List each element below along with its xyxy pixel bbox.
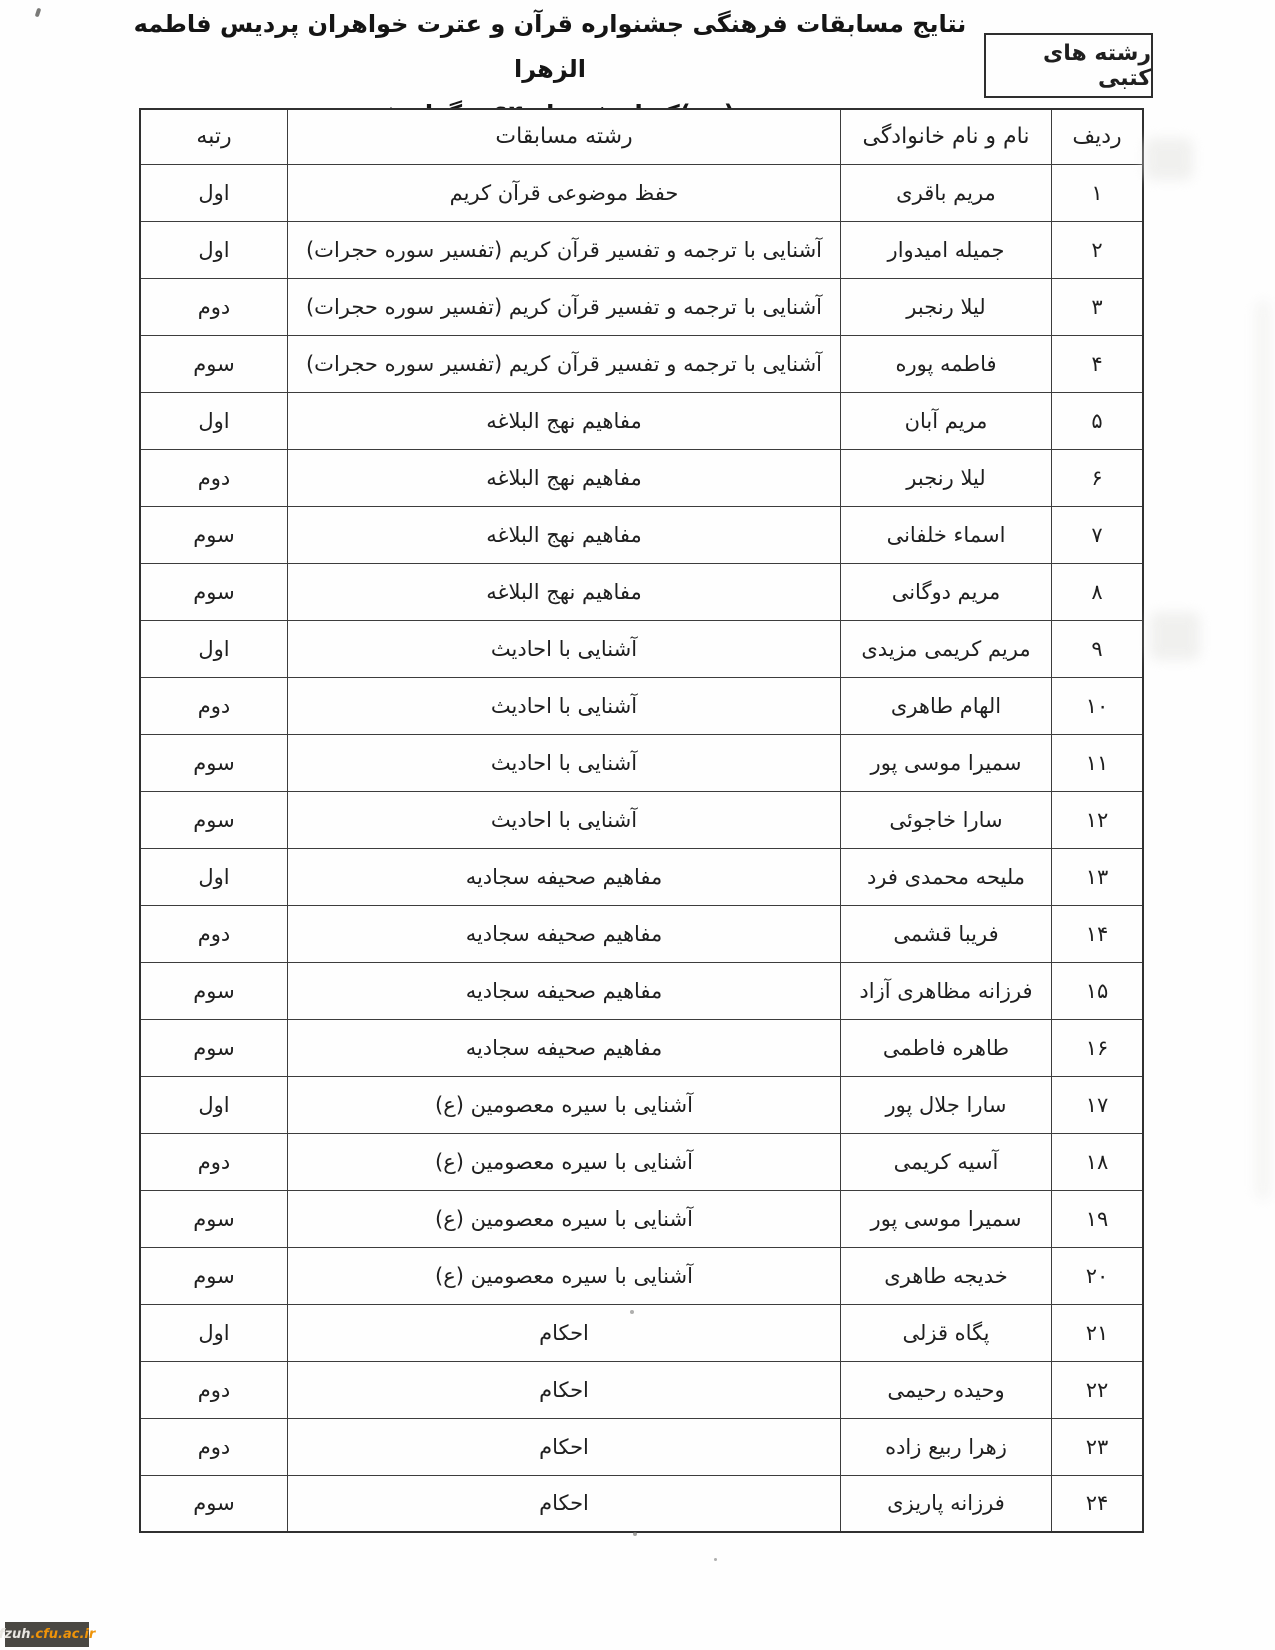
cell-row-number: ۸: [1052, 563, 1144, 620]
cell-row-number: ۷: [1052, 506, 1144, 563]
cell-row-number: ۲۴: [1052, 1475, 1144, 1532]
cell-name: مریم کریمی مزیدی: [841, 620, 1052, 677]
cell-name: لیلا رنجبر: [841, 278, 1052, 335]
cell-row-number: ۱۳: [1052, 848, 1144, 905]
cell-row-number: ۱۴: [1052, 905, 1144, 962]
cell-field: حفظ موضوعی قرآن کریم: [288, 164, 841, 221]
scan-artifact: [1255, 300, 1271, 1200]
table-row: ۱۱ سمیرا موسی پور آشنایی با احادیث سوم: [140, 734, 1143, 791]
cell-rank: سوم: [140, 962, 288, 1019]
cell-row-number: ۱۰: [1052, 677, 1144, 734]
cell-field: احکام: [288, 1304, 841, 1361]
header-field: رشته مسابقات: [288, 109, 841, 164]
cell-rank: سوم: [140, 1247, 288, 1304]
cell-name: لیلا رنجبر: [841, 449, 1052, 506]
table-row: ۹ مریم کریمی مزیدی آشنایی با احادیث اول: [140, 620, 1143, 677]
cell-name: طاهره فاطمی: [841, 1019, 1052, 1076]
cell-field: مفاهیم نهج البلاغه: [288, 563, 841, 620]
scanned-document-page: نتایج مسابقات فرهنگی جشنواره قرآن و عترت…: [0, 0, 1275, 1650]
cell-name: وحیده رحیمی: [841, 1361, 1052, 1418]
table-row: ۱ مریم باقری حفظ موضوعی قرآن کریم اول: [140, 164, 1143, 221]
cell-row-number: ۹: [1052, 620, 1144, 677]
cell-row-number: ۲۰: [1052, 1247, 1144, 1304]
table-row: ۸ مریم دوگانی مفاهیم نهج البلاغه سوم: [140, 563, 1143, 620]
table-row: ۱۴ فریبا قشمی مفاهیم صحیفه سجادیه دوم: [140, 905, 1143, 962]
table-row: ۱۶ طاهره فاطمی مفاهیم صحیفه سجادیه سوم: [140, 1019, 1143, 1076]
cell-name: مریم دوگانی: [841, 563, 1052, 620]
cell-field: آشنایی با احادیث: [288, 620, 841, 677]
cell-row-number: ۲۳: [1052, 1418, 1144, 1475]
header-rank: رتبه: [140, 109, 288, 164]
cell-field: احکام: [288, 1475, 841, 1532]
cell-name: پگاه قزلی: [841, 1304, 1052, 1361]
cell-name: اسماء خلفانی: [841, 506, 1052, 563]
cell-rank: اول: [140, 392, 288, 449]
scan-speck: [714, 1558, 717, 1561]
cell-field: آشنایی با احادیث: [288, 791, 841, 848]
cell-field: احکام: [288, 1418, 841, 1475]
cell-row-number: ۱۲: [1052, 791, 1144, 848]
category-box: رشته های کتبی: [984, 33, 1153, 98]
cell-name: زهرا ربیع زاده: [841, 1418, 1052, 1475]
cell-row-number: ۶: [1052, 449, 1144, 506]
cell-rank: دوم: [140, 278, 288, 335]
table-row: ۴ فاطمه پوره آشنایی با ترجمه و تفسیر قرآ…: [140, 335, 1143, 392]
site-watermark: fzuh.cfu.ac.ir: [5, 1622, 89, 1647]
cell-rank: اول: [140, 221, 288, 278]
cell-field: مفاهیم صحیفه سجادیه: [288, 848, 841, 905]
table-row: ۲ جمیله امیدوار آشنایی با ترجمه و تفسیر …: [140, 221, 1143, 278]
cell-name: الهام طاهری: [841, 677, 1052, 734]
cell-row-number: ۳: [1052, 278, 1144, 335]
cell-row-number: ۲۲: [1052, 1361, 1144, 1418]
cell-field: مفاهیم صحیفه سجادیه: [288, 905, 841, 962]
watermark-suffix: .cfu.ac.ir: [30, 1627, 95, 1642]
scan-artifact: [1145, 138, 1193, 180]
table-row: ۲۳ زهرا ربیع زاده احکام دوم: [140, 1418, 1143, 1475]
cell-row-number: ۲: [1052, 221, 1144, 278]
cell-name: مریم باقری: [841, 164, 1052, 221]
cell-rank: اول: [140, 1076, 288, 1133]
cell-name: جمیله امیدوار: [841, 221, 1052, 278]
cell-rank: سوم: [140, 734, 288, 791]
cell-name: مریم آبان: [841, 392, 1052, 449]
results-table: ردیف نام و نام خانوادگی رشته مسابقات رتب…: [139, 108, 1144, 1533]
cell-field: مفاهیم نهج البلاغه: [288, 506, 841, 563]
scan-artifact: [1150, 612, 1200, 660]
table-row: ۱۷ سارا جلال پور آشنایی با سیره معصومین …: [140, 1076, 1143, 1133]
cell-field: آشنایی با سیره معصومین (ع): [288, 1133, 841, 1190]
cell-row-number: ۴: [1052, 335, 1144, 392]
table-row: ۲۴ فرزانه پاریزی احکام سوم: [140, 1475, 1143, 1532]
cell-row-number: ۱۸: [1052, 1133, 1144, 1190]
cell-rank: سوم: [140, 791, 288, 848]
table-row: ۱۸ آسیه کریمی آشنایی با سیره معصومین (ع)…: [140, 1133, 1143, 1190]
cell-row-number: ۱۶: [1052, 1019, 1144, 1076]
cell-field: احکام: [288, 1361, 841, 1418]
cell-field: آشنایی با سیره معصومین (ع): [288, 1076, 841, 1133]
cell-rank: سوم: [140, 1190, 288, 1247]
cell-field: مفاهیم صحیفه سجادیه: [288, 1019, 841, 1076]
table-row: ۲۰ خدیجه طاهری آشنایی با سیره معصومین (ع…: [140, 1247, 1143, 1304]
title-line-1: نتایج مسابقات فرهنگی جشنواره قرآن و عترت…: [120, 2, 980, 92]
cell-name: آسیه کریمی: [841, 1133, 1052, 1190]
cell-field: مفاهیم نهج البلاغه: [288, 449, 841, 506]
cell-field: آشنایی با ترجمه و تفسیر قرآن کریم (تفسیر…: [288, 278, 841, 335]
table-row: ۷ اسماء خلفانی مفاهیم نهج البلاغه سوم: [140, 506, 1143, 563]
cell-rank: سوم: [140, 335, 288, 392]
table-row: ۱۵ فرزانه مظاهری آزاد مفاهیم صحیفه سجادی…: [140, 962, 1143, 1019]
table-row: ۱۲ سارا خاجوئی آشنایی با احادیث سوم: [140, 791, 1143, 848]
results-table-head: ردیف نام و نام خانوادگی رشته مسابقات رتب…: [140, 109, 1143, 164]
cell-name: سمیرا موسی پور: [841, 734, 1052, 791]
cell-row-number: ۱۵: [1052, 962, 1144, 1019]
header-name: نام و نام خانوادگی: [841, 109, 1052, 164]
cell-rank: اول: [140, 620, 288, 677]
table-row: ۳ لیلا رنجبر آشنایی با ترجمه و تفسیر قرآ…: [140, 278, 1143, 335]
watermark-prefix: fzuh: [0, 1627, 30, 1642]
category-box-label: رشته های کتبی: [986, 41, 1151, 91]
cell-name: ملیحه محمدی فرد: [841, 848, 1052, 905]
cell-rank: دوم: [140, 1361, 288, 1418]
table-row: ۲۲ وحیده رحیمی احکام دوم: [140, 1361, 1143, 1418]
cell-rank: دوم: [140, 449, 288, 506]
scan-speck: [35, 8, 42, 18]
cell-name: خدیجه طاهری: [841, 1247, 1052, 1304]
cell-name: سارا خاجوئی: [841, 791, 1052, 848]
cell-row-number: ۲۱: [1052, 1304, 1144, 1361]
cell-rank: دوم: [140, 905, 288, 962]
cell-name: فاطمه پوره: [841, 335, 1052, 392]
header-row-number: ردیف: [1052, 109, 1144, 164]
cell-name: فرزانه مظاهری آزاد: [841, 962, 1052, 1019]
cell-rank: سوم: [140, 563, 288, 620]
cell-field: آشنایی با احادیث: [288, 734, 841, 791]
cell-rank: سوم: [140, 1019, 288, 1076]
cell-rank: دوم: [140, 677, 288, 734]
table-row: ۲۱ پگاه قزلی احکام اول: [140, 1304, 1143, 1361]
cell-rank: دوم: [140, 1133, 288, 1190]
table-row: ۵ مریم آبان مفاهیم نهج البلاغه اول: [140, 392, 1143, 449]
cell-name: فرزانه پاریزی: [841, 1475, 1052, 1532]
cell-rank: اول: [140, 1304, 288, 1361]
cell-rank: اول: [140, 848, 288, 905]
table-row: ۱۳ ملیحه محمدی فرد مفاهیم صحیفه سجادیه ا…: [140, 848, 1143, 905]
cell-row-number: ۱۱: [1052, 734, 1144, 791]
cell-rank: دوم: [140, 1418, 288, 1475]
table-row: ۱۹ سمیرا موسی پور آشنایی با سیره معصومین…: [140, 1190, 1143, 1247]
cell-row-number: ۵: [1052, 392, 1144, 449]
cell-field: آشنایی با سیره معصومین (ع): [288, 1190, 841, 1247]
cell-field: مفاهیم صحیفه سجادیه: [288, 962, 841, 1019]
cell-field: آشنایی با ترجمه و تفسیر قرآن کریم (تفسیر…: [288, 221, 841, 278]
cell-field: آشنایی با احادیث: [288, 677, 841, 734]
cell-rank: اول: [140, 164, 288, 221]
cell-name: فریبا قشمی: [841, 905, 1052, 962]
cell-name: سارا جلال پور: [841, 1076, 1052, 1133]
table-header-row: ردیف نام و نام خانوادگی رشته مسابقات رتب…: [140, 109, 1143, 164]
results-table-body: ۱ مریم باقری حفظ موضوعی قرآن کریم اول ۲ …: [140, 164, 1143, 1532]
cell-rank: سوم: [140, 1475, 288, 1532]
cell-rank: سوم: [140, 506, 288, 563]
table-row: ۶ لیلا رنجبر مفاهیم نهج البلاغه دوم: [140, 449, 1143, 506]
cell-name: سمیرا موسی پور: [841, 1190, 1052, 1247]
cell-row-number: ۱۹: [1052, 1190, 1144, 1247]
cell-field: آشنایی با سیره معصومین (ع): [288, 1247, 841, 1304]
cell-row-number: ۱۷: [1052, 1076, 1144, 1133]
table-row: ۱۰ الهام طاهری آشنایی با احادیث دوم: [140, 677, 1143, 734]
cell-field: آشنایی با ترجمه و تفسیر قرآن کریم (تفسیر…: [288, 335, 841, 392]
cell-row-number: ۱: [1052, 164, 1144, 221]
cell-field: مفاهیم نهج البلاغه: [288, 392, 841, 449]
